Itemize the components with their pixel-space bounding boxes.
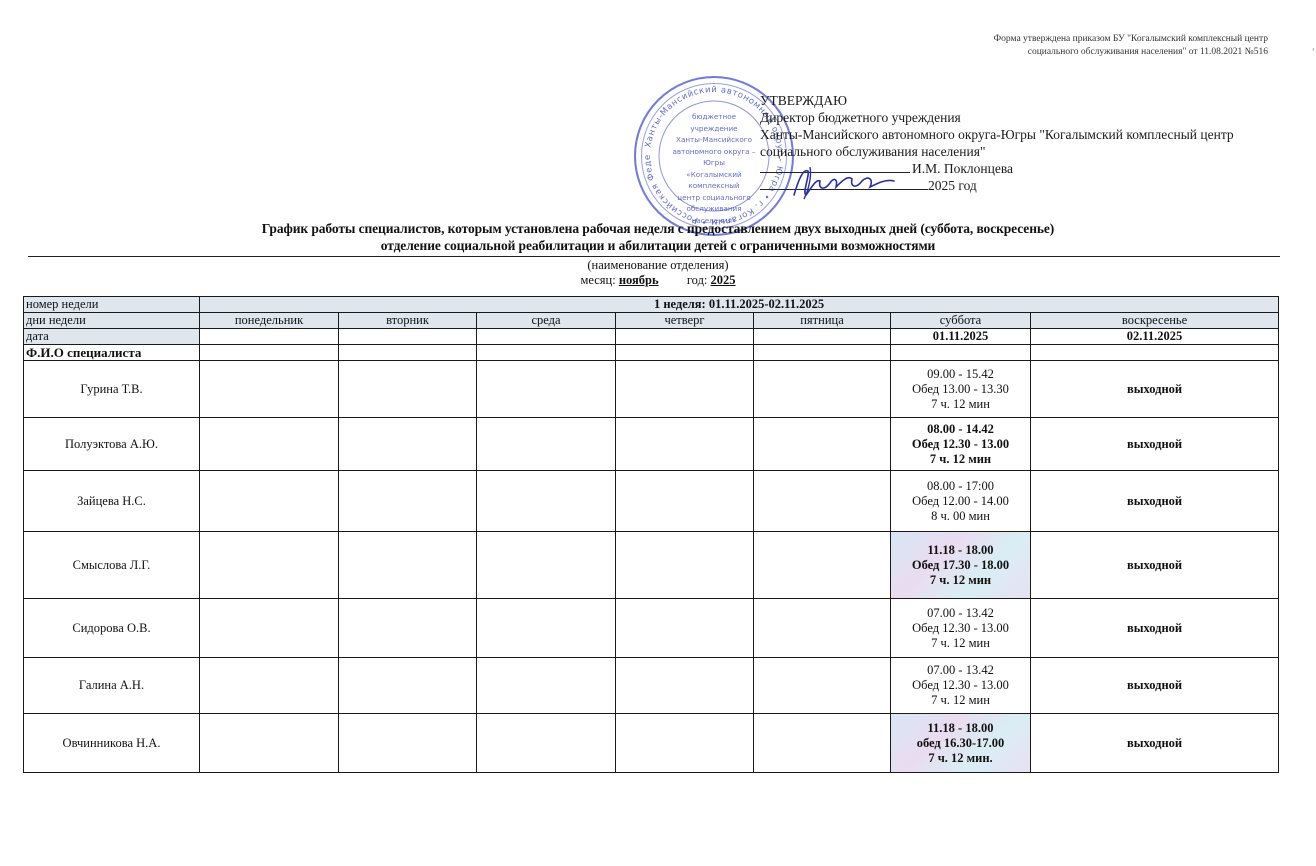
period-row: месяц: ноябрь год: 2025 [0, 273, 1316, 288]
date-cell [339, 329, 477, 345]
weekday-header: вторник [339, 313, 477, 329]
saturday-shift-cell: 11.18 - 18.00обед 16.30-17.007 ч. 12 мин… [891, 714, 1031, 773]
table-row: Галина А.Н.07.00 - 13.42Обед 12.30 - 13.… [24, 658, 1279, 714]
approval-year: 2025 год [928, 178, 977, 193]
weekdays-row: дни недели понедельниквторниксредачетвер… [24, 313, 1279, 329]
shift-line: 7 ч. 12 мин [893, 397, 1028, 412]
specialist-name: Смыслова Л.Г. [24, 532, 200, 599]
stamp-inner-line: центр социального [666, 192, 762, 204]
shift-line: 07.00 - 13.42 [893, 663, 1028, 678]
empty-day-cell [616, 714, 754, 773]
specialist-name: Зайцева Н.С. [24, 471, 200, 532]
shift-line: 7 ч. 12 мин. [893, 751, 1028, 766]
dates-row: дата 01.11.202502.11.2025 [24, 329, 1279, 345]
sunday-day-off-cell: выходной [1031, 599, 1279, 658]
form-approval-note: Форма утверждена приказом БУ "Когалымски… [848, 33, 1268, 59]
scan-edge-mark: ' [1312, 47, 1314, 57]
shift-line: 7 ч. 12 мин [893, 636, 1028, 651]
shift-line: 11.18 - 18.00 [893, 543, 1028, 558]
stamp-inner-text: бюджетноеучреждениеХанты-Мансийскогоавто… [666, 111, 762, 226]
empty-day-cell [200, 532, 339, 599]
empty-day-cell [339, 361, 477, 418]
sunday-day-off-cell: выходной [1031, 471, 1279, 532]
date-cell [200, 329, 339, 345]
shift-line: Обед 17.30 - 18.00 [893, 558, 1028, 573]
stamp-inner-line: обслуживания [666, 203, 762, 215]
shift-line: обед 16.30-17.00 [893, 736, 1028, 751]
document-title: График работы специалистов, которым уста… [0, 221, 1316, 237]
shift-line: 8 ч. 00 мин [893, 509, 1028, 524]
empty-day-cell [616, 532, 754, 599]
approval-block: УТВЕРЖДАЮ Директор бюджетного учреждения… [760, 92, 1234, 194]
empty-day-cell [616, 471, 754, 532]
empty-day-cell [200, 658, 339, 714]
shift-line: Обед 12.30 - 13.00 [893, 621, 1028, 636]
shift-line: Обед 12.30 - 13.00 [893, 678, 1028, 693]
empty-day-cell [200, 599, 339, 658]
table-row: Гурина Т.В.09.00 - 15.42Обед 13.00 - 13.… [24, 361, 1279, 418]
table-row: Полуэктова А.Ю.08.00 - 14.42Обед 12.30 -… [24, 418, 1279, 471]
empty-day-cell [754, 418, 891, 471]
week-number-row: номер недели 1 неделя: 01.11.2025-02.11.… [24, 297, 1279, 313]
specialist-name: Полуэктова А.Ю. [24, 418, 200, 471]
shift-line: 7 ч. 12 мин [893, 693, 1028, 708]
date-cell [477, 329, 616, 345]
approval-date-line [760, 177, 928, 190]
empty-day-cell [339, 714, 477, 773]
table-row: Овчинникова Н.А.11.18 - 18.00обед 16.30-… [24, 714, 1279, 773]
empty-day-cell [200, 361, 339, 418]
empty-day-cell [616, 418, 754, 471]
specialist-header-row: Ф.И.О специалиста [24, 345, 1279, 361]
sunday-day-off-cell: выходной [1031, 361, 1279, 418]
department-underline [28, 256, 1280, 257]
empty-day-cell [754, 658, 891, 714]
empty-day-cell [754, 714, 891, 773]
empty-day-cell [754, 532, 891, 599]
weekday-header: воскресенье [1031, 313, 1279, 329]
shift-line: 09.00 - 15.42 [893, 367, 1028, 382]
shift-line: Обед 12.30 - 13.00 [893, 437, 1028, 452]
empty-day-cell [200, 418, 339, 471]
weekday-header: пятница [754, 313, 891, 329]
date-cell [754, 329, 891, 345]
saturday-shift-cell: 08.00 - 14.42Обед 12.30 - 13.007 ч. 12 м… [891, 418, 1031, 471]
empty-day-cell [477, 418, 616, 471]
shift-line: Обед 12.00 - 14.00 [893, 494, 1028, 509]
saturday-shift-cell: 08.00 - 17:00Обед 12.00 - 14.008 ч. 00 м… [891, 471, 1031, 532]
empty-day-cell [339, 532, 477, 599]
empty-day-cell [477, 532, 616, 599]
table-row: Сидорова О.В.07.00 - 13.42Обед 12.30 - 1… [24, 599, 1279, 658]
shift-line: 08.00 - 17:00 [893, 479, 1028, 494]
form-note-line-1: Форма утверждена приказом БУ "Когалымски… [848, 33, 1268, 46]
signer-name: И.М. Поклонцева [912, 160, 1013, 177]
stamp-inner-line: «Когалымский комплексный [666, 169, 762, 192]
signature-row: И.М. Поклонцева [760, 160, 1234, 177]
shift-line: 11.18 - 18.00 [893, 721, 1028, 736]
shift-line: 7 ч. 12 мин [893, 573, 1028, 588]
weekday-header: среда [477, 313, 616, 329]
month-value: ноябрь [619, 273, 659, 287]
empty-day-cell [477, 471, 616, 532]
empty-day-cell [339, 418, 477, 471]
empty-day-cell [339, 599, 477, 658]
empty-day-cell [477, 599, 616, 658]
weekday-header: суббота [891, 313, 1031, 329]
empty-day-cell [754, 361, 891, 418]
empty-day-cell [754, 599, 891, 658]
approval-position: Директор бюджетного учреждения [760, 109, 1234, 126]
sunday-day-off-cell: выходной [1031, 532, 1279, 599]
stamp-inner-line: автономного округа – Югры [666, 146, 762, 169]
sunday-day-off-cell: выходной [1031, 418, 1279, 471]
date-cell: 01.11.2025 [891, 329, 1031, 345]
table-row: Зайцева Н.С.08.00 - 17:00Обед 12.00 - 14… [24, 471, 1279, 532]
specialist-name: Галина А.Н. [24, 658, 200, 714]
empty-day-cell [200, 714, 339, 773]
month-label: месяц: [580, 273, 615, 287]
empty-day-cell [616, 658, 754, 714]
approval-date-row: 2025 год [760, 177, 1234, 194]
year-label: год: [687, 273, 708, 287]
empty-day-cell [339, 471, 477, 532]
year-value: 2025 [711, 273, 736, 287]
stamp-inner-line: учреждение [666, 123, 762, 135]
weekday-header: понедельник [200, 313, 339, 329]
specialist-name: Сидорова О.В. [24, 599, 200, 658]
sunday-day-off-cell: выходной [1031, 658, 1279, 714]
empty-day-cell [477, 658, 616, 714]
empty-day-cell [477, 714, 616, 773]
empty-day-cell [200, 471, 339, 532]
date-cell [616, 329, 754, 345]
department-name: отделение социальной реабилитации и абил… [0, 238, 1316, 254]
saturday-shift-cell: 11.18 - 18.00Обед 17.30 - 18.007 ч. 12 м… [891, 532, 1031, 599]
date-cell: 02.11.2025 [1031, 329, 1279, 345]
empty-day-cell [616, 361, 754, 418]
work-schedule-table: номер недели 1 неделя: 01.11.2025-02.11.… [23, 296, 1279, 773]
week-number-label: номер недели [24, 297, 200, 313]
stamp-inner-line: бюджетное [666, 111, 762, 123]
empty-day-cell [477, 361, 616, 418]
shift-line: Обед 13.00 - 13.30 [893, 382, 1028, 397]
approval-organization-cont: социального обслуживания населения" [760, 143, 1234, 160]
shift-line: 07.00 - 13.42 [893, 606, 1028, 621]
saturday-shift-cell: 07.00 - 13.42Обед 12.30 - 13.007 ч. 12 м… [891, 658, 1031, 714]
specialist-name: Овчинникова Н.А. [24, 714, 200, 773]
shift-line: 08.00 - 14.42 [893, 422, 1028, 437]
empty-day-cell [339, 658, 477, 714]
signature-line [760, 160, 910, 173]
dates-label: дата [24, 329, 200, 345]
approval-organization: Ханты-Мансийского автономного округа-Югр… [760, 126, 1234, 143]
week-number-value: 1 неделя: 01.11.2025-02.11.2025 [200, 297, 1279, 313]
sunday-day-off-cell: выходной [1031, 714, 1279, 773]
approval-heading: УТВЕРЖДАЮ [760, 92, 1234, 109]
stamp-inner-line: Ханты-Мансийского [666, 134, 762, 146]
form-note-line-2: социального обслуживания населения" от 1… [848, 46, 1268, 59]
empty-day-cell [754, 471, 891, 532]
weekdays-label: дни недели [24, 313, 200, 329]
saturday-shift-cell: 09.00 - 15.42Обед 13.00 - 13.307 ч. 12 м… [891, 361, 1031, 418]
specialist-column-label: Ф.И.О специалиста [24, 345, 200, 361]
empty-day-cell [616, 599, 754, 658]
department-caption: (наименование отделения) [0, 258, 1316, 273]
shift-line: 7 ч. 12 мин [893, 452, 1028, 467]
weekday-header: четверг [616, 313, 754, 329]
specialist-name: Гурина Т.В. [24, 361, 200, 418]
table-row: Смыслова Л.Г.11.18 - 18.00Обед 17.30 - 1… [24, 532, 1279, 599]
saturday-shift-cell: 07.00 - 13.42Обед 12.30 - 13.007 ч. 12 м… [891, 599, 1031, 658]
